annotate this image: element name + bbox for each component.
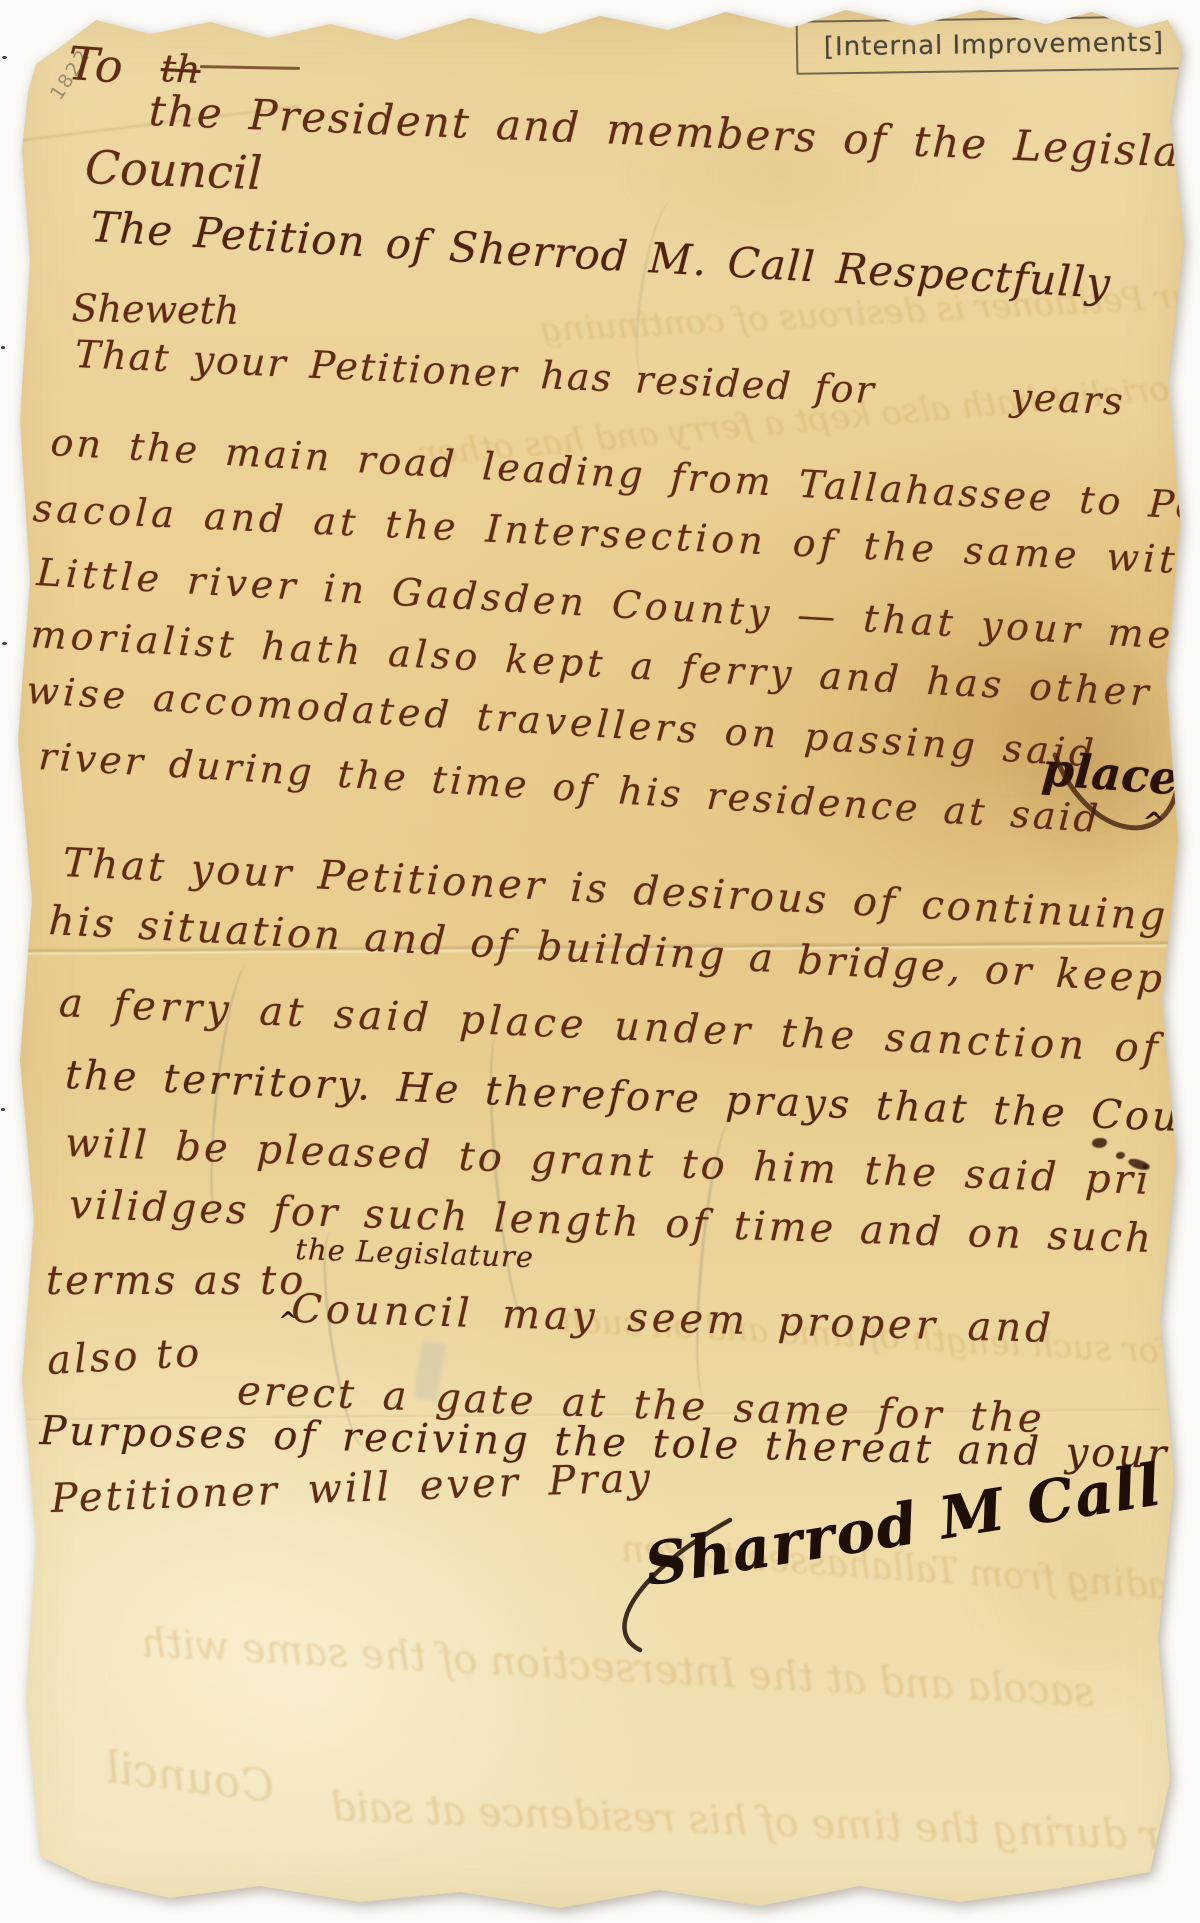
edge-speck — [1, 1108, 5, 1111]
salutation-line-2: Council — [84, 140, 263, 200]
petition-heading-line-1: The Petition of Sherrod M. Call Respectf… — [89, 202, 1112, 308]
body-line-text: That your Petitioner has resided for — [74, 332, 877, 412]
petition-heading-line-2: Sheweth — [71, 286, 240, 333]
ink-blot — [1092, 1138, 1107, 1148]
archival-stamp-label: [Internal Improvements] — [824, 28, 1165, 63]
body-line: terms as to — [46, 1258, 306, 1304]
petition-paper: That your Petitioner is desirous of cont… — [0, 0, 1200, 1923]
bleed-through-line: river during the time of his residence a… — [329, 1784, 1200, 1862]
edge-speck — [1, 346, 5, 349]
edge-speck — [2, 56, 7, 59]
salutation-struck-word: th — [160, 46, 202, 92]
salutation-to: To — [66, 36, 124, 94]
petition-paper-wrap: That your Petitioner is desirous of cont… — [0, 0, 1200, 1923]
ink-flourish — [1030, 740, 1190, 880]
document-scan: { "annotations": { "stamp_label": "[Inte… — [0, 0, 1200, 1923]
body-line: also to — [46, 1330, 203, 1384]
edge-speck — [2, 642, 7, 645]
archival-stamp: [Internal Improvements] — [796, 15, 1193, 75]
signature-flourish — [580, 1500, 760, 1660]
strike-mark — [200, 65, 300, 70]
